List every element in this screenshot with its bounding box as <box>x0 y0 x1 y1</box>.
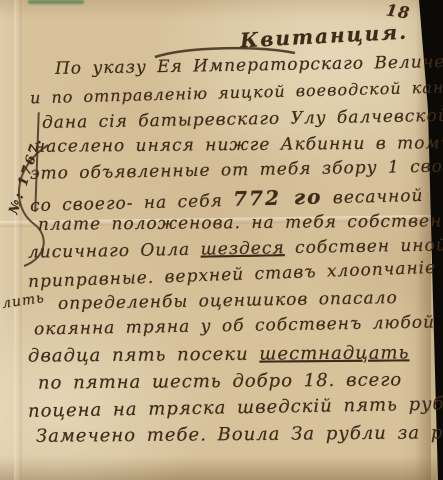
manuscript-line: Замечено тебе. Воила За рубли за ркъ <box>36 424 443 446</box>
manuscript-line: по пятна шесть добро 18. всего <box>38 371 402 392</box>
line-text: лисичнаго Оила <box>28 240 201 263</box>
line-text: Замечено тебе. Воила За рубли за ркъ <box>36 422 443 447</box>
line-text: весачной <box>322 186 423 209</box>
line-text: плате положенова. на тебя собственно <box>38 211 443 235</box>
line-text: собствен иной <box>285 235 443 258</box>
line-emphasis-underlined: шестнадцать <box>259 342 409 364</box>
page-number: 18 <box>385 2 411 21</box>
manuscript-page: 18 Квитанция. По указу Ея Императорскаго… <box>0 0 443 480</box>
manuscript-line: плате положенова. на тебя собственно <box>38 213 443 234</box>
line-text: двадца пять посеки <box>28 344 260 367</box>
line-emphasis-underlined: шездеся <box>200 238 284 259</box>
line-emphasis-number: 772 го <box>233 184 323 210</box>
manuscript-line: двадца пять посеки шестнадцать <box>28 344 410 365</box>
line-text: по пятна шесть добро 18. всего <box>38 369 402 393</box>
line-text: населено иняся нижге Акбинни в томъ <box>34 133 443 157</box>
manuscript-line: населено иняся нижге Акбинни в томъ <box>34 135 443 156</box>
green-smudge-mark <box>28 0 84 4</box>
